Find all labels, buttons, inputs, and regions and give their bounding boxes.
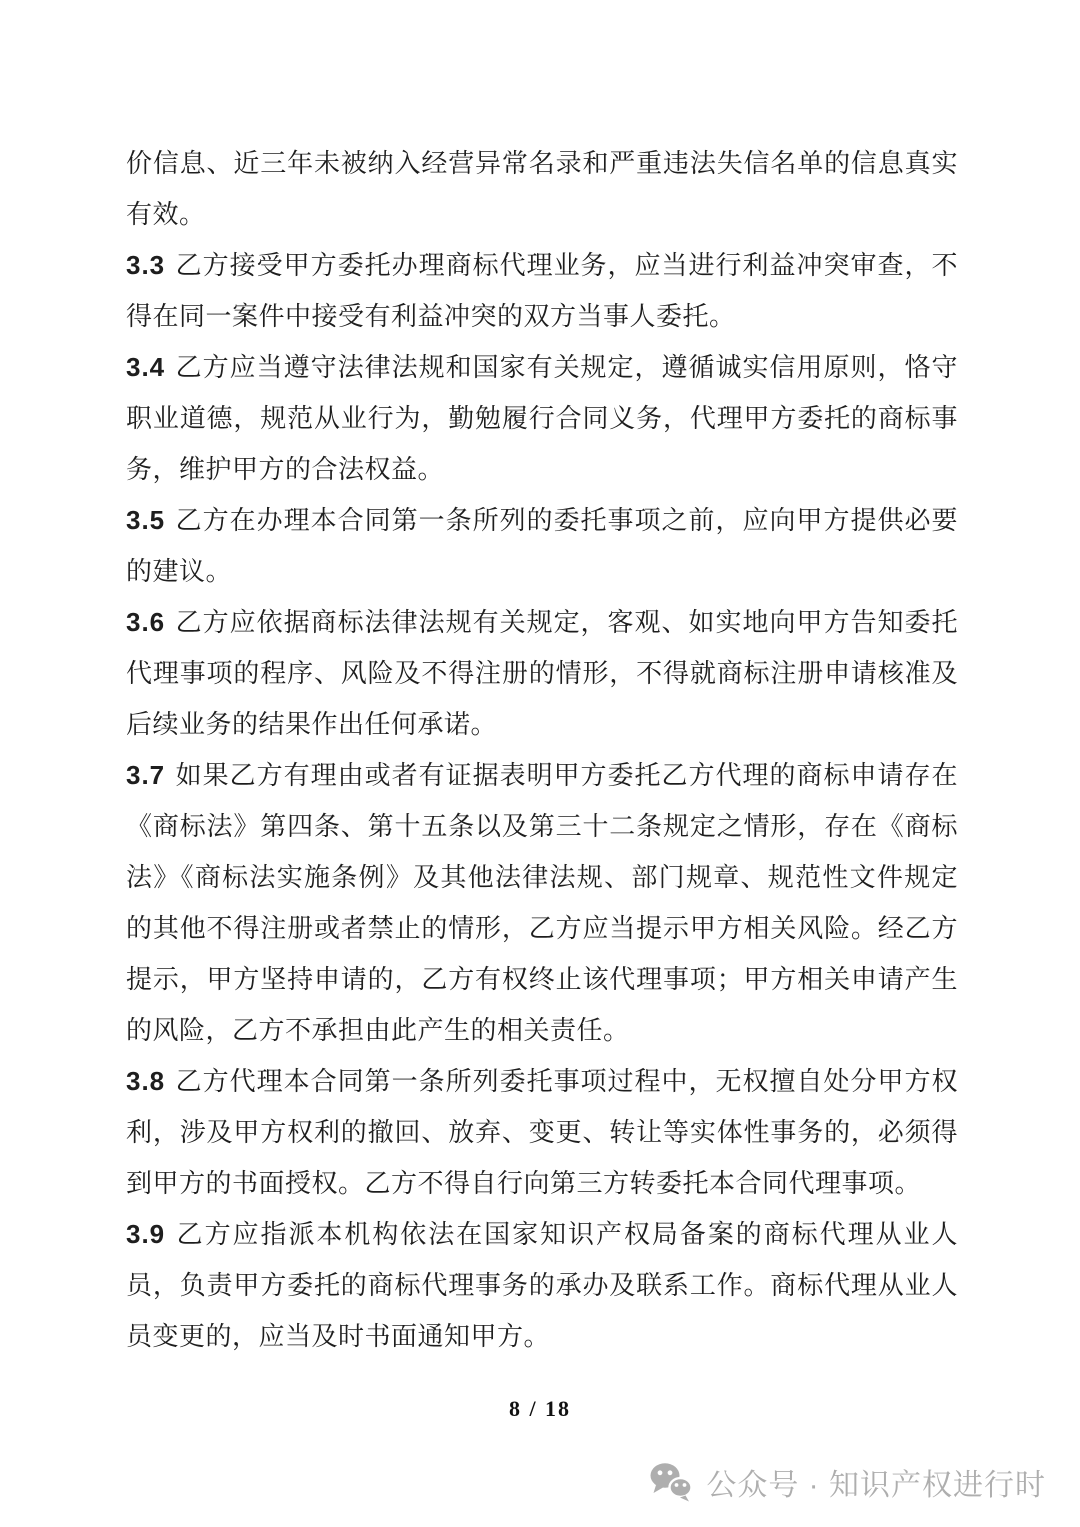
clause-number: 3.5: [126, 505, 165, 535]
contract-clause: 3.7如果乙方有理由或者有证据表明甲方委托乙方代理的商标申请存在《商标法》第四条…: [126, 750, 958, 1056]
contract-clause: 3.4乙方应当遵守法律法规和国家有关规定，遵循诚实信用原则，恪守职业道德，规范从…: [126, 342, 958, 495]
clause-text: 乙方代理本合同第一条所列委托事项过程中，无权擅自处分甲方权利，涉及甲方权利的撤回…: [126, 1067, 958, 1198]
clause-text: 乙方应指派本机构依法在国家知识产权局备案的商标代理从业人员，负责甲方委托的商标代…: [126, 1220, 958, 1351]
watermark-text: 公众号 · 知识产权进行时: [706, 1460, 1046, 1504]
paragraph-continuation: 价信息、近三年未被纳入经营异常名录和严重违法失信名单的信息真实有效。: [126, 138, 958, 240]
wechat-icon: [649, 1462, 693, 1502]
contract-clause: 3.8乙方代理本合同第一条所列委托事项过程中，无权擅自处分甲方权利，涉及甲方权利…: [126, 1056, 958, 1209]
clause-text: 如果乙方有理由或者有证据表明甲方委托乙方代理的商标申请存在《商标法》第四条、第十…: [126, 761, 958, 1045]
document-page: 价信息、近三年未被纳入经营异常名录和严重违法失信名单的信息真实有效。 3.3乙方…: [0, 0, 1080, 1527]
contract-clause: 3.9乙方应指派本机构依法在国家知识产权局备案的商标代理从业人员，负责甲方委托的…: [126, 1209, 958, 1362]
page-number: 8 / 18: [0, 1396, 1080, 1422]
clause-number: 3.9: [126, 1219, 165, 1249]
contract-clause: 3.5乙方在办理本合同第一条所列的委托事项之前，应向甲方提供必要的建议。: [126, 495, 958, 597]
paragraph-text: 价信息、近三年未被纳入经营异常名录和严重违法失信名单的信息真实有效。: [126, 149, 958, 229]
clause-number: 3.6: [126, 607, 165, 637]
clause-number: 3.4: [126, 352, 165, 382]
clause-number: 3.7: [126, 760, 165, 790]
clause-text: 乙方应依据商标法律法规有关规定，客观、如实地向甲方告知委托代理事项的程序、风险及…: [126, 608, 958, 739]
clause-number: 3.3: [126, 250, 165, 280]
contract-clause: 3.3乙方接受甲方委托办理商标代理业务，应当进行利益冲突审查，不得在同一案件中接…: [126, 240, 958, 342]
clause-number: 3.8: [126, 1066, 165, 1096]
wechat-watermark: 公众号 · 知识产权进行时: [649, 1458, 1046, 1506]
clause-text: 乙方应当遵守法律法规和国家有关规定，遵循诚实信用原则，恪守职业道德，规范从业行为…: [126, 353, 958, 484]
clause-text: 乙方接受甲方委托办理商标代理业务，应当进行利益冲突审查，不得在同一案件中接受有利…: [126, 251, 958, 331]
contract-clause: 3.6乙方应依据商标法律法规有关规定，客观、如实地向甲方告知委托代理事项的程序、…: [126, 597, 958, 750]
clause-text: 乙方在办理本合同第一条所列的委托事项之前，应向甲方提供必要的建议。: [126, 506, 958, 586]
contract-body: 价信息、近三年未被纳入经营异常名录和严重违法失信名单的信息真实有效。 3.3乙方…: [126, 138, 958, 1362]
